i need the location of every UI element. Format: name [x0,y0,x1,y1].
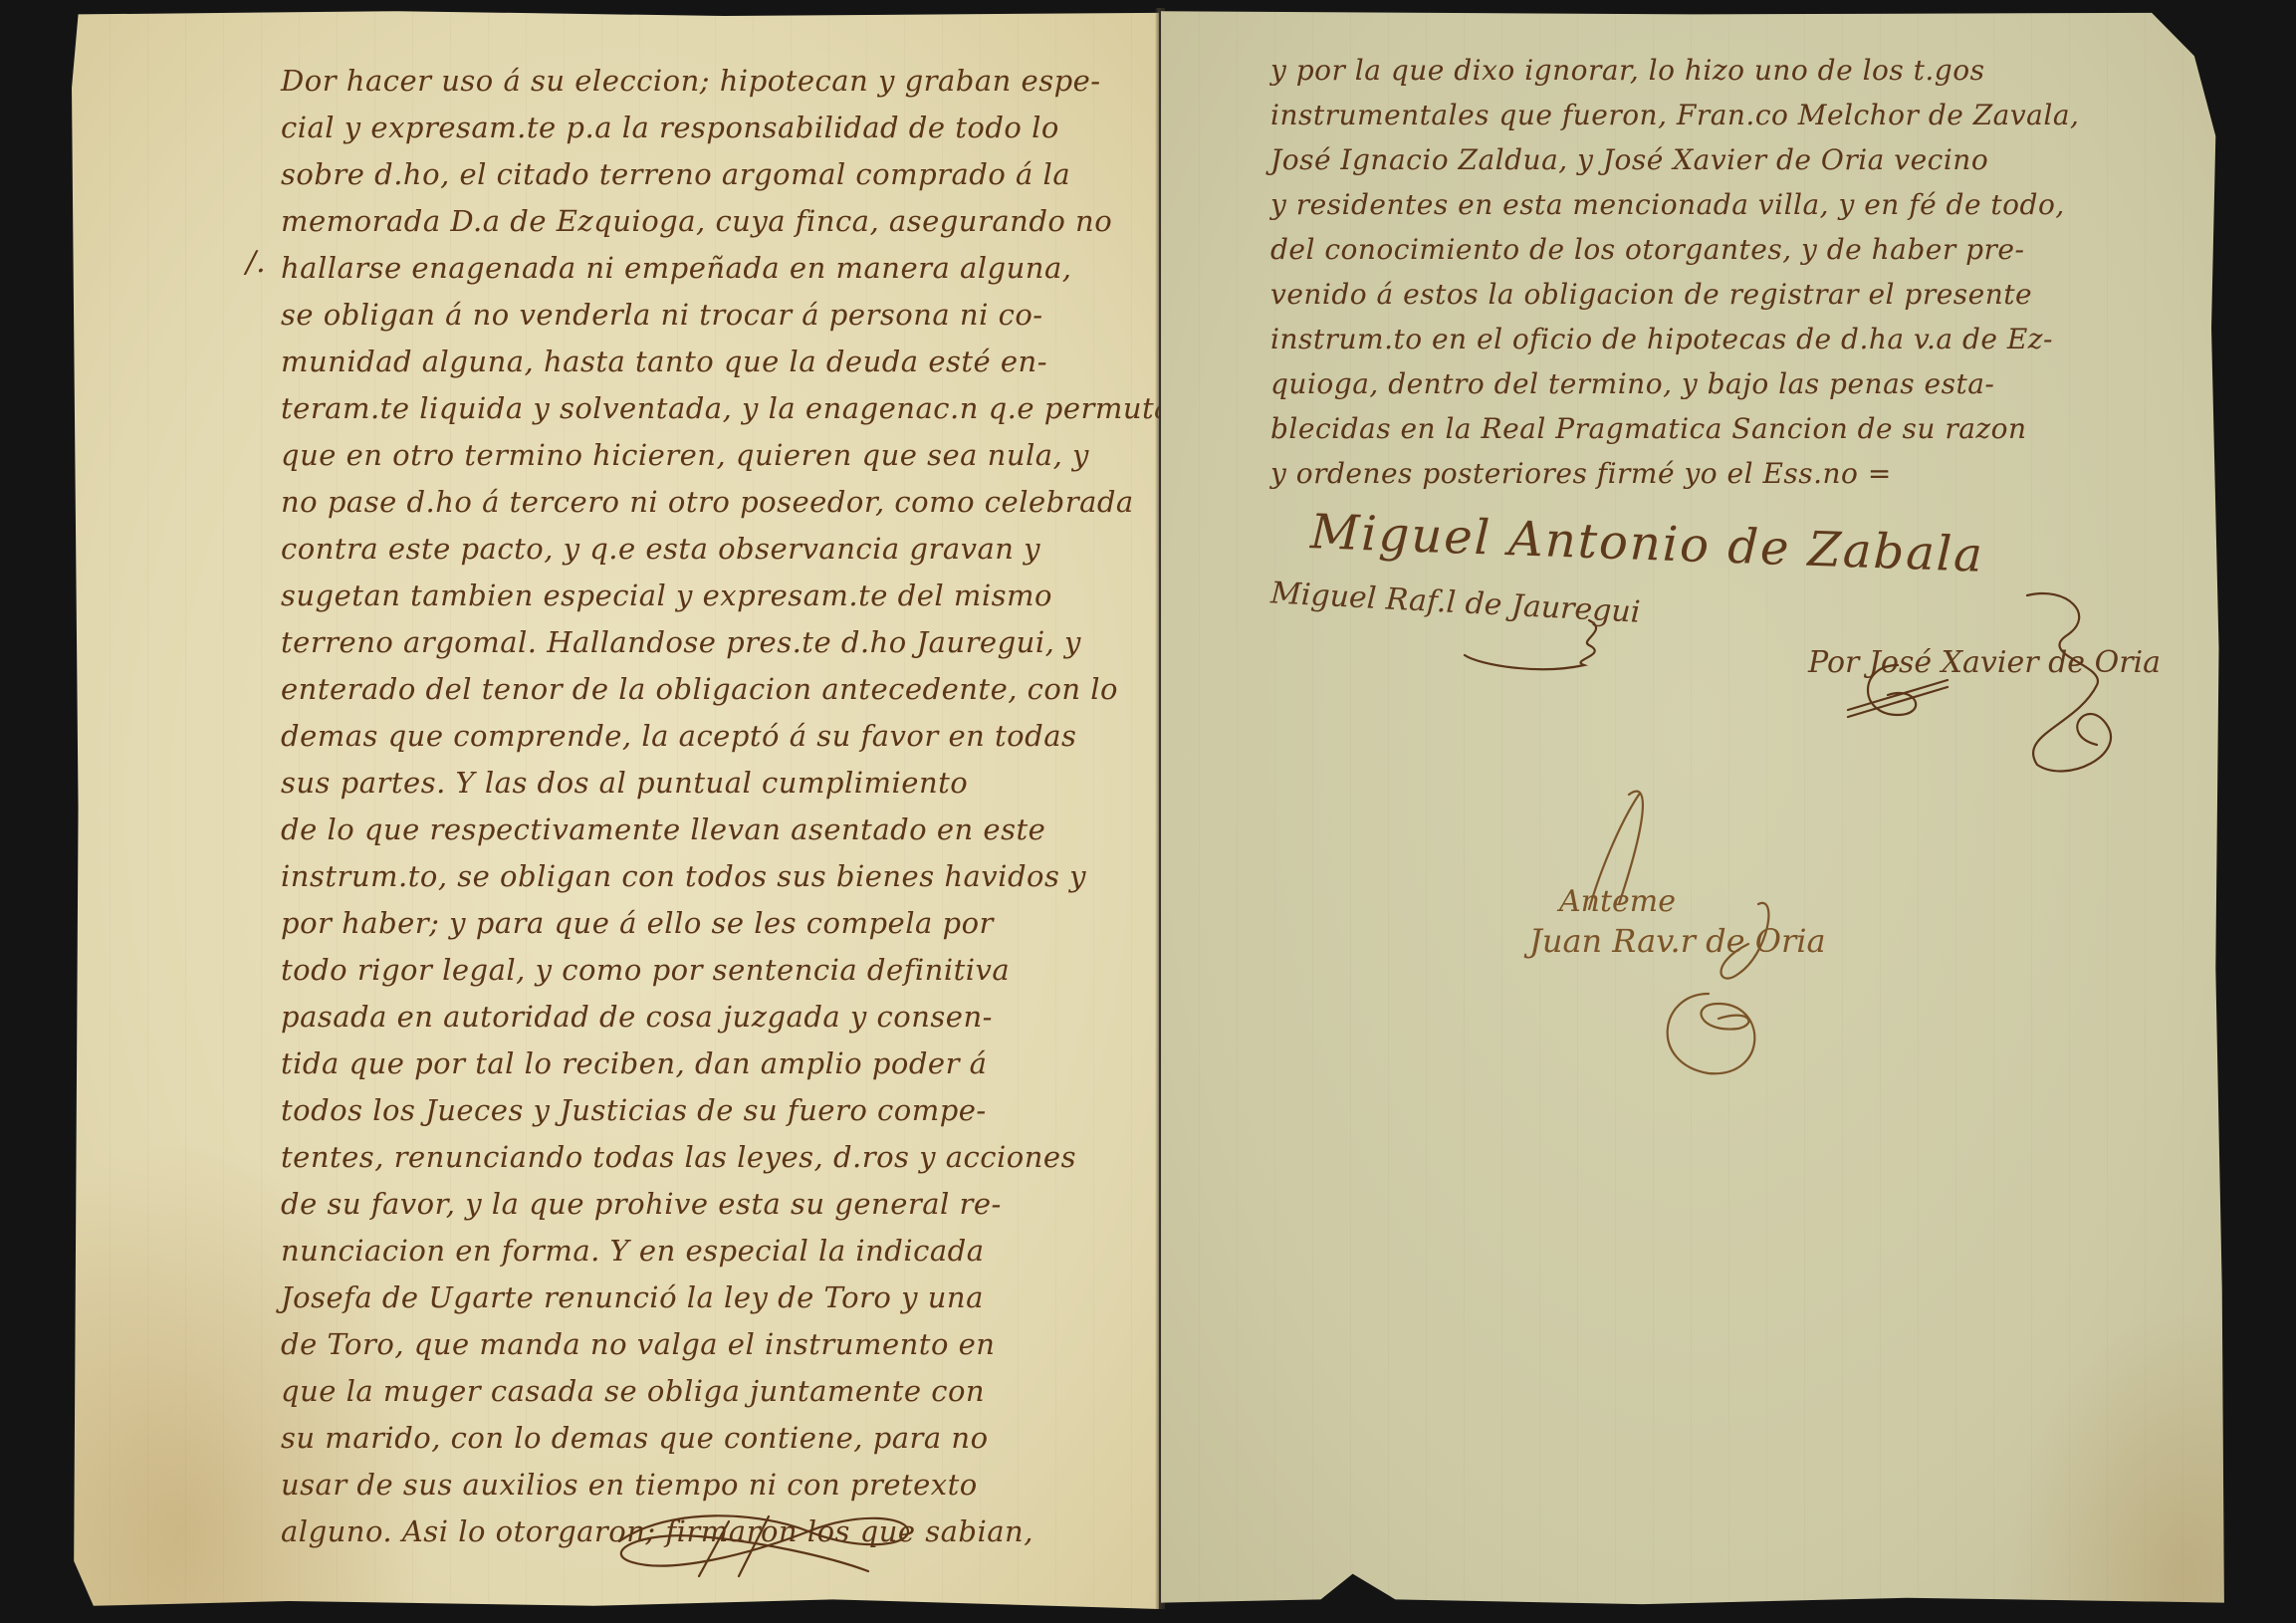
text-line: instrum.to en el oficio de hipotecas de … [1270,317,2167,361]
text-line: todos los Jueces y Justicias de su fuero… [281,1087,1137,1134]
text-line: venido á estos la obligacion de registra… [1270,272,2167,317]
text-line: que en otro termino hicieren, quieren qu… [281,432,1137,479]
text-line: enterado del tenor de la obligacion ante… [281,666,1137,713]
left-page-text: Dor hacer uso á su eleccion; hipotecan y… [281,58,1137,1555]
text-line: de lo que respectivamente llevan asentad… [281,807,1137,853]
text-line: de Toro, que manda no valga el instrumen… [281,1321,1137,1368]
text-line: terreno argomal. Hallandose pres.te d.ho… [281,619,1137,666]
left-page: /. Dor hacer uso á su eleccion; hipoteca… [72,8,1159,1609]
text-line: munidad alguna, hasta tanto que la deuda… [281,339,1137,385]
text-line: sus partes. Y las dos al puntual cumplim… [281,760,1137,807]
signature-notary: Juan Rav.r de Oria [1529,922,1826,960]
right-page-text: y por la que dixo ignorar, lo hizo uno d… [1270,48,2167,496]
text-line: hallarse enagenada ni empeñada en manera… [281,245,1137,292]
text-line: quioga, dentro del termino, y bajo las p… [1270,361,2167,406]
text-line: memorada D.a de Ezquioga, cuya finca, as… [281,198,1137,245]
text-line: todo rigor legal, y como por sentencia d… [281,947,1137,994]
text-line: sobre d.ho, el citado terreno argomal co… [281,151,1137,198]
signature-miguel-antonio-de-zabala: Miguel Antonio de Zabala [1309,504,1985,583]
text-line: José Ignacio Zaldua, y José Xavier de Or… [1270,137,2167,182]
text-line: tentes, renunciando todas las leyes, d.r… [281,1134,1137,1181]
text-line: teram.te liquida y solventada, y la enag… [281,385,1137,432]
text-line: contra este pacto, y q.e esta observanci… [281,526,1137,573]
text-line: Josefa de Ugarte renunció la ley de Toro… [281,1275,1137,1321]
text-line: y ordenes posteriores firmé yo el Ess.no… [1270,451,2167,496]
text-line: blecidas en la Real Pragmatica Sancion d… [1270,406,2167,451]
text-line: sugetan tambien especial y expresam.te d… [281,573,1137,619]
text-line: del conocimiento de los otorgantes, y de… [1270,227,2167,272]
text-line: por haber; y para que á ello se les comp… [281,900,1137,947]
right-page: y por la que dixo ignorar, lo hizo uno d… [1161,8,2226,1609]
text-line: se obligan á no venderla ni trocar á per… [281,292,1137,339]
text-line: y residentes en esta mencionada villa, y… [1270,182,2167,227]
signature-miguel-rafael-de-jauregui: Miguel Raf.l de Jauregui [1269,576,1641,629]
signature-anteme: Anteme [1559,884,1676,919]
text-line: nunciacion en forma. Y en especial la in… [281,1228,1137,1275]
text-line: no pase d.ho á tercero ni otro poseedor,… [281,479,1137,526]
text-line: que la muger casada se obliga juntamente… [281,1368,1137,1415]
text-line: y por la que dixo ignorar, lo hizo uno d… [1270,48,2167,93]
document-viewer: /. Dor hacer uso á su eleccion; hipoteca… [0,0,2296,1623]
text-line: pasada en autoridad de cosa juzgada y co… [281,994,1137,1041]
text-line: tida que por tal lo reciben, dan amplio … [281,1041,1137,1087]
margin-mark: /. [246,245,266,280]
text-line: instrum.to, se obligan con todos sus bie… [281,853,1137,900]
text-line: su marido, con lo demas que contiene, pa… [281,1415,1137,1462]
text-line: instrumentales que fueron, Fran.co Melch… [1270,93,2167,137]
text-line: de su favor, y la que prohive esta su ge… [281,1181,1137,1228]
signature-por-jose-xavier-de-oria: Por José Xavier de Oria [1808,645,2161,680]
text-line: demas que comprende, la aceptó á su favo… [281,713,1137,760]
text-line: Dor hacer uso á su eleccion; hipotecan y… [281,58,1137,105]
text-line: cial y expresam.te p.a la responsabilida… [281,105,1137,151]
